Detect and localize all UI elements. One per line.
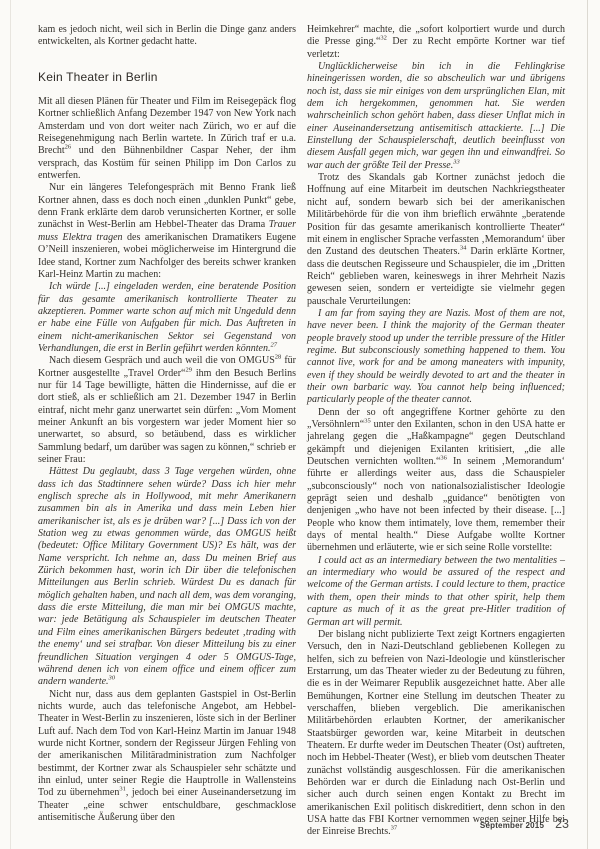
footnote-ref: 35 (364, 418, 371, 425)
footnote-ref: 30 (109, 675, 116, 682)
footnote-ref: 31 (119, 786, 126, 793)
quotation-paragraph: Ich würde [...] eingeladen werden, eine … (38, 281, 296, 355)
body-paragraph: Denn der so oft angegriffene Kortner geh… (307, 407, 565, 555)
body-paragraph: Der bislang nicht publizierte Text zeigt… (307, 629, 565, 839)
quotation-paragraph: I could act as an intermediary between t… (307, 555, 565, 629)
quotation-paragraph: I am far from saying they are Nazis. Mos… (307, 308, 565, 407)
section-heading: Kein Theater in Berlin (38, 71, 296, 83)
footnote-ref: 36 (440, 455, 447, 462)
page-edge-left (10, 0, 11, 849)
footnote-ref: 33 (453, 158, 460, 165)
body-paragraph: kam es jedoch nicht, weil sich in Berlin… (38, 24, 296, 49)
body-paragraph: Nur ein längeres Telefongespräch mit Ben… (38, 182, 296, 281)
footnote-ref: 27 (270, 342, 277, 349)
footnote-ref: 26 (65, 144, 72, 151)
body-paragraph: Nicht nur, dass aus dem geplanten Gastsp… (38, 689, 296, 825)
body-paragraph: Trotz des Skandals gab Kortner zunächst … (307, 172, 565, 308)
page-footer: September 201523 (307, 815, 569, 833)
page-number: 23 (555, 817, 569, 831)
left-column: kam es jedoch nicht, weil sich in Berlin… (38, 24, 296, 824)
quotation-paragraph: Hättest Du geglaubt, dass 3 Tage vergehe… (38, 466, 296, 688)
body-paragraph: Nach diesem Gespräch und auch weil die v… (38, 355, 296, 466)
body-paragraph: Heimkehrer“ machte, die „sofort kolporti… (307, 24, 565, 61)
quotation-paragraph: Unglücklicherweise bin ich in die Fehlin… (307, 61, 565, 172)
footnote-ref: 34 (460, 245, 467, 252)
body-paragraph: Mit all diesen Plänen für Theater und Fi… (38, 96, 296, 182)
footnote-ref: 29 (185, 366, 192, 373)
italic-title: Trauer muss Elektra tragen (38, 219, 296, 242)
footnote-ref: 28 (275, 354, 282, 361)
right-column: Heimkehrer“ machte, die „sofort kolporti… (307, 24, 565, 839)
issue-date: September 2015 (480, 821, 544, 830)
page-edge-right (587, 0, 588, 849)
footnote-ref: 32 (380, 35, 387, 42)
